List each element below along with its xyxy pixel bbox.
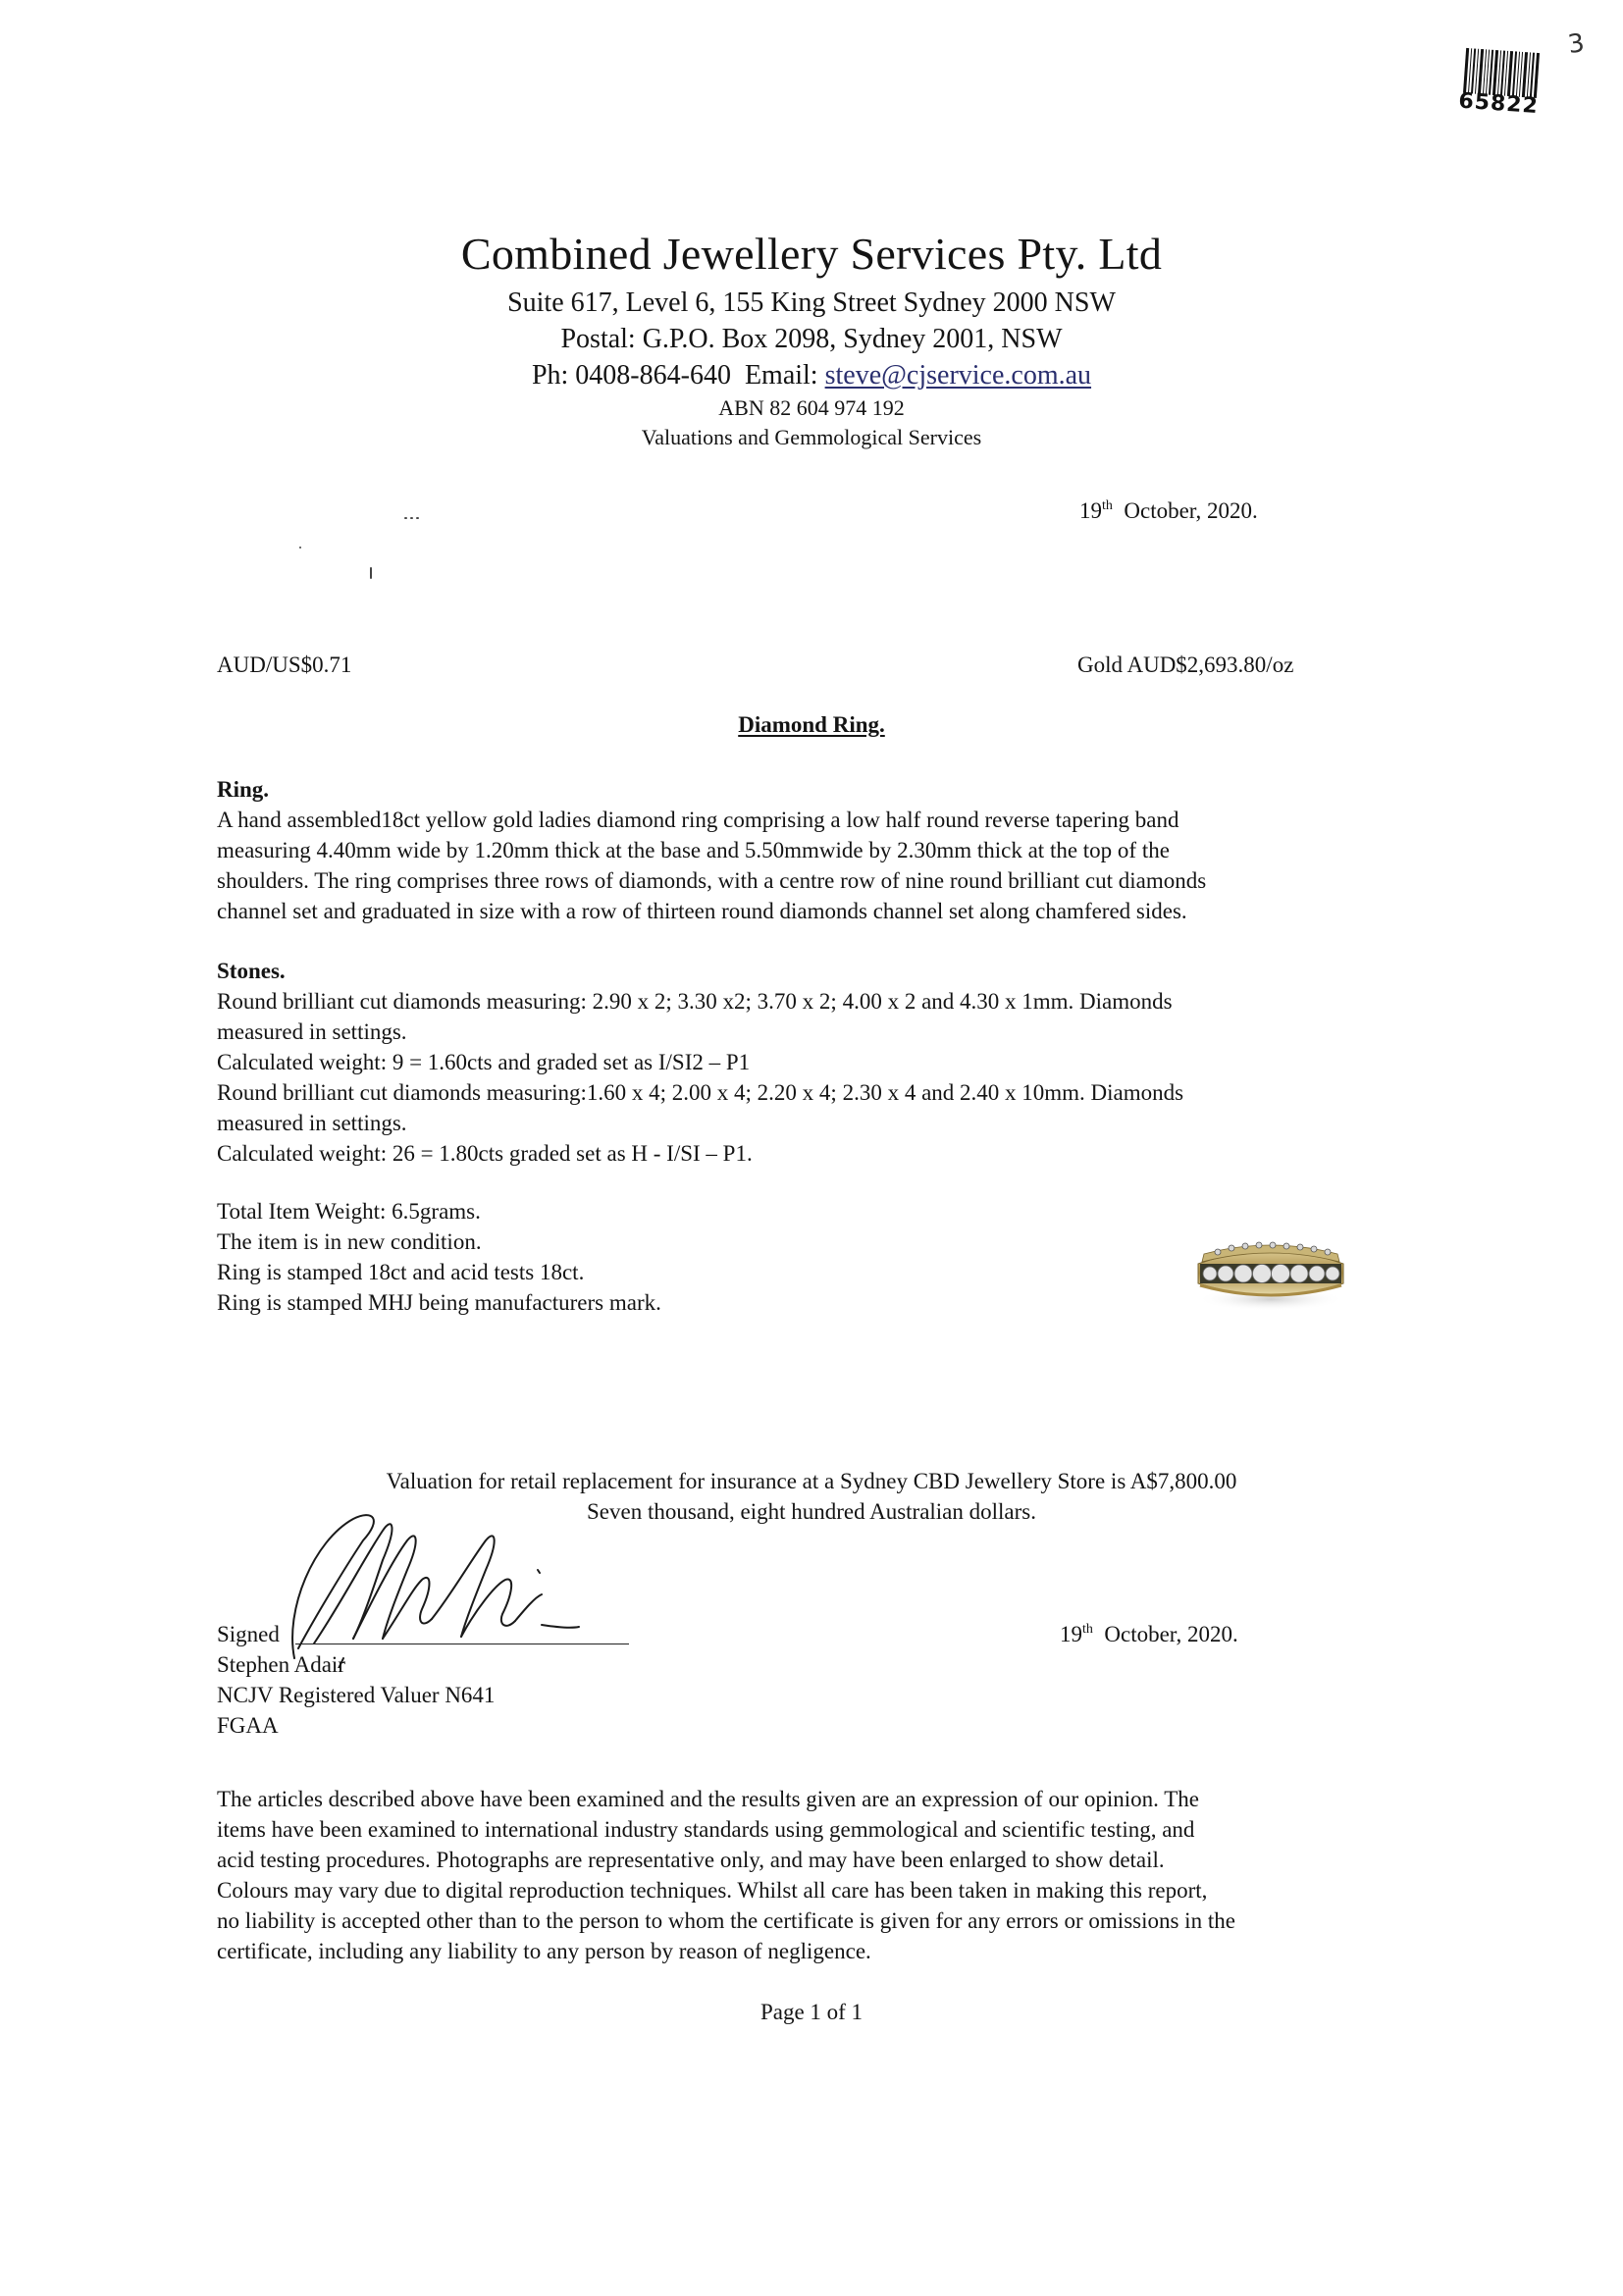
stones-line: measured in settings.: [217, 1017, 1434, 1047]
stones-line: Calculated weight: 9 = 1.60cts and grade…: [217, 1047, 1434, 1077]
handwritten-mark: 3: [1566, 28, 1587, 60]
ring-photo: [1182, 1234, 1359, 1313]
barcode-number: 65822: [1458, 89, 1540, 120]
valuation-amount: Valuation for retail replacement for ins…: [0, 1466, 1623, 1496]
barcode-label: 65822: [1449, 37, 1567, 124]
disclaimer-line: The articles described above have been e…: [217, 1784, 1443, 1814]
stones-line: Round brilliant cut diamonds measuring: …: [217, 986, 1434, 1017]
page-number: Page 1 of 1: [0, 1997, 1623, 2027]
valuation-words: Seven thousand, eight hundred Australian…: [0, 1496, 1623, 1527]
disclaimer-line: no liability is accepted other than to t…: [217, 1905, 1443, 1936]
signer-membership: FGAA: [217, 1710, 495, 1741]
ring-section: Ring. A hand assembled18ct yellow gold l…: [217, 774, 1434, 926]
signature-block: Signed Stephen Adair NCJV Registered Val…: [217, 1619, 495, 1741]
document-title: Diamond Ring.: [0, 709, 1623, 740]
contact-line: Ph: 0408-864-640 Email: steve@cjservice.…: [0, 357, 1623, 393]
disclaimer: The articles described above have been e…: [217, 1784, 1443, 1966]
letterhead: Combined Jewellery Services Pty. Ltd Sui…: [0, 224, 1623, 452]
stones-line: Round brilliant cut diamonds measuring:1…: [217, 1077, 1434, 1108]
stones-line: measured in settings.: [217, 1108, 1434, 1138]
disclaimer-line: Colours may vary due to digital reproduc…: [217, 1875, 1443, 1905]
signature-line: [295, 1644, 629, 1644]
disclaimer-line: acid testing procedures. Photographs are…: [217, 1845, 1443, 1875]
ring-line: shoulders. The ring comprises three rows…: [217, 865, 1434, 896]
company-address: Suite 617, Level 6, 155 King Street Sydn…: [0, 285, 1623, 321]
valuation-statement: Valuation for retail replacement for ins…: [0, 1466, 1623, 1527]
exchange-rate: AUD/US$0.71: [217, 650, 351, 680]
company-name: Combined Jewellery Services Pty. Ltd: [0, 224, 1623, 285]
ring-line: measuring 4.40mm wide by 1.20mm thick at…: [217, 835, 1434, 865]
ring-heading: Ring.: [217, 774, 1434, 805]
stones-section: Stones. Round brilliant cut diamonds mea…: [217, 956, 1434, 1169]
disclaimer-line: items have been examined to internationa…: [217, 1814, 1443, 1845]
gold-price: Gold AUD$2,693.80/oz: [1077, 650, 1293, 680]
report-date: 19th October, 2020.: [1079, 496, 1258, 526]
signature-date: 19th October, 2020.: [1060, 1619, 1238, 1649]
ring-line: channel set and graduated in size with a…: [217, 896, 1434, 926]
detail-line: Total Item Weight: 6.5grams.: [217, 1196, 1434, 1226]
stones-heading: Stones.: [217, 956, 1434, 986]
signer-name: Stephen Adair: [217, 1649, 495, 1680]
signed-label: Signed: [217, 1619, 495, 1649]
abn: ABN 82 604 974 192: [0, 393, 1623, 423]
disclaimer-line: certificate, including any liability to …: [217, 1936, 1443, 1966]
phone-text: Ph: 0408-864-640 Email:: [532, 360, 825, 391]
company-postal: Postal: G.P.O. Box 2098, Sydney 2001, NS…: [0, 321, 1623, 357]
signer-credential: NCJV Registered Valuer N641: [217, 1680, 495, 1710]
email-link[interactable]: steve@cjservice.com.au: [825, 360, 1091, 391]
stones-line: Calculated weight: 26 = 1.80cts graded s…: [217, 1138, 1434, 1169]
tagline: Valuations and Gemmological Services: [0, 423, 1623, 452]
ring-line: A hand assembled18ct yellow gold ladies …: [217, 805, 1434, 835]
